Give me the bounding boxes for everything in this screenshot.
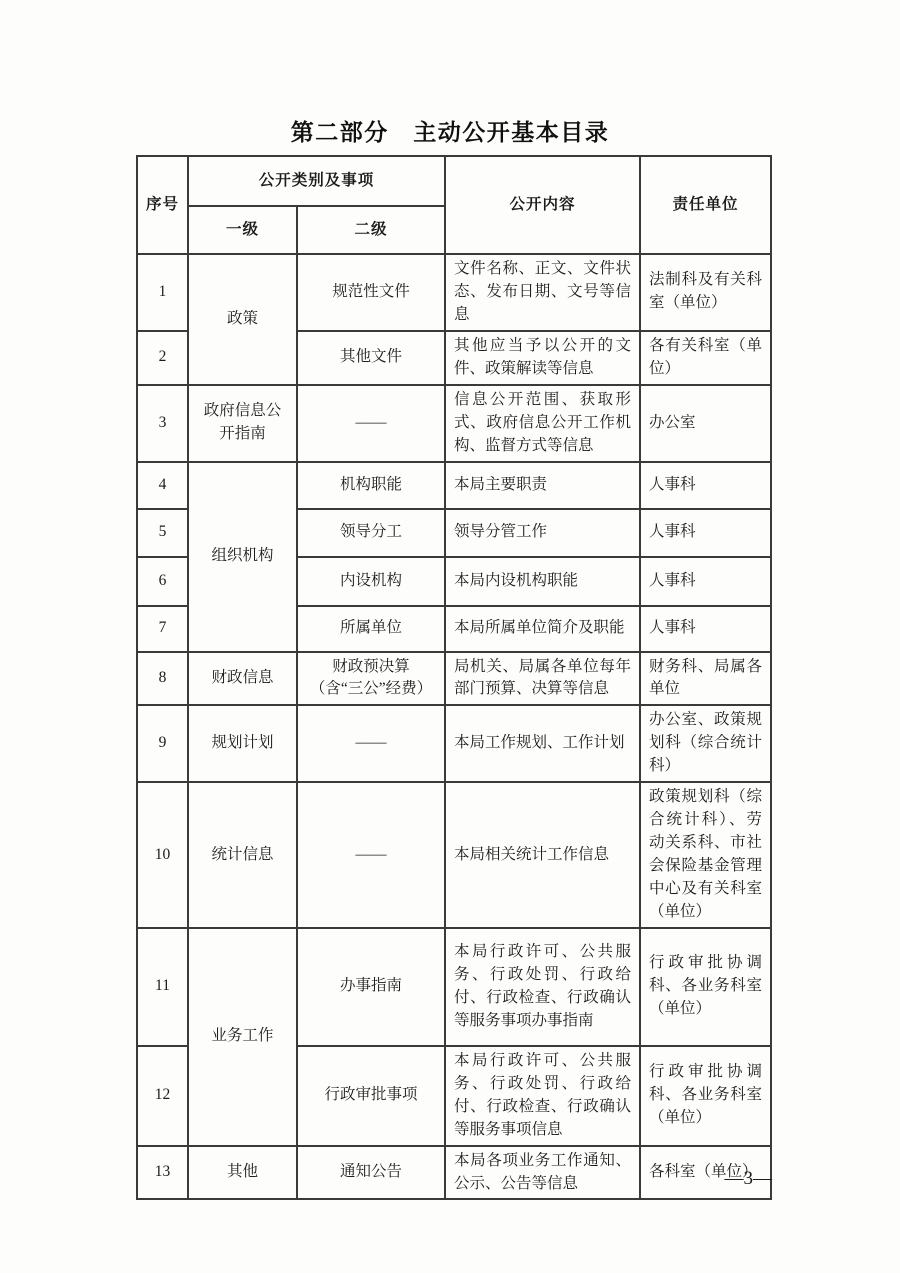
table-row: 3 政府信息公开指南 —— 信息公开范围、获取形式、政府信息公开工作机构、监督方… bbox=[137, 385, 771, 462]
header-level1: 一级 bbox=[188, 206, 297, 254]
cell-level1: 财政信息 bbox=[188, 652, 297, 706]
cell-level1: 政府信息公开指南 bbox=[188, 385, 297, 462]
table-row: 8 财政信息 财政预决算（含“三公”经费） 局机关、局属各单位每年部门预算、决算… bbox=[137, 652, 771, 706]
cell-serial: 6 bbox=[137, 557, 188, 606]
disclosure-catalog-table: 序号 公开类别及事项 公开内容 责任单位 一级 二级 1 政策 规范性文件 文件… bbox=[136, 155, 772, 1200]
cell-content: 本局工作规划、工作计划 bbox=[445, 705, 640, 782]
cell-content: 本局各项业务工作通知、公示、公告等信息 bbox=[445, 1146, 640, 1200]
cell-level2: 办事指南 bbox=[297, 928, 445, 1046]
cell-serial: 4 bbox=[137, 462, 188, 509]
cell-level2: —— bbox=[297, 705, 445, 782]
cell-content: 本局内设机构职能 bbox=[445, 557, 640, 606]
cell-serial: 8 bbox=[137, 652, 188, 706]
table-row: 4 组织机构 机构职能 本局主要职责 人事科 bbox=[137, 462, 771, 509]
cell-level2: 财政预决算（含“三公”经费） bbox=[297, 652, 445, 706]
table-header-row-1: 序号 公开类别及事项 公开内容 责任单位 bbox=[137, 156, 771, 206]
cell-content: 本局行政许可、公共服务、行政处罚、行政给付、行政检查、行政确认等服务事项办事指南 bbox=[445, 928, 640, 1046]
cell-serial: 1 bbox=[137, 254, 188, 331]
header-level2: 二级 bbox=[297, 206, 445, 254]
cell-unit: 人事科 bbox=[640, 606, 771, 652]
header-serial: 序号 bbox=[137, 156, 188, 254]
header-content: 公开内容 bbox=[445, 156, 640, 254]
cell-level1: 其他 bbox=[188, 1146, 297, 1200]
cell-unit: 政策规划科（综合统计科）、劳动关系科、市社会保险基金管理中心及有关科室（单位） bbox=[640, 782, 771, 928]
table-row: 10 统计信息 —— 本局相关统计工作信息 政策规划科（综合统计科）、劳动关系科… bbox=[137, 782, 771, 928]
cell-content: 本局相关统计工作信息 bbox=[445, 782, 640, 928]
cell-unit: 办公室、政策规划科（综合统计科） bbox=[640, 705, 771, 782]
cell-level1: 规划计划 bbox=[188, 705, 297, 782]
cell-level2: —— bbox=[297, 385, 445, 462]
cell-unit: 法制科及有关科室（单位） bbox=[640, 254, 771, 331]
cell-level2: 内设机构 bbox=[297, 557, 445, 606]
cell-serial: 3 bbox=[137, 385, 188, 462]
cell-level2: 通知公告 bbox=[297, 1146, 445, 1200]
cell-content: 领导分管工作 bbox=[445, 509, 640, 557]
cell-content: 本局所属单位简介及职能 bbox=[445, 606, 640, 652]
cell-serial: 7 bbox=[137, 606, 188, 652]
cell-unit: 人事科 bbox=[640, 509, 771, 557]
cell-level2: 行政审批事项 bbox=[297, 1046, 445, 1146]
page-number: —3— bbox=[725, 1168, 773, 1190]
cell-serial: 9 bbox=[137, 705, 188, 782]
cell-content: 信息公开范围、获取形式、政府信息公开工作机构、监督方式等信息 bbox=[445, 385, 640, 462]
cell-level2: 领导分工 bbox=[297, 509, 445, 557]
cell-level2: 其他文件 bbox=[297, 331, 445, 385]
cell-unit: 各有关科室（单位） bbox=[640, 331, 771, 385]
cell-serial: 12 bbox=[137, 1046, 188, 1146]
cell-level1: 业务工作 bbox=[188, 928, 297, 1146]
cell-unit: 行政审批协调科、各业务科室（单位） bbox=[640, 928, 771, 1046]
table-row: 11 业务工作 办事指南 本局行政许可、公共服务、行政处罚、行政给付、行政检查、… bbox=[137, 928, 771, 1046]
header-unit: 责任单位 bbox=[640, 156, 771, 254]
cell-content: 其他应当予以公开的文件、政策解读等信息 bbox=[445, 331, 640, 385]
cell-content: 文件名称、正文、文件状态、发布日期、文号等信息 bbox=[445, 254, 640, 331]
cell-serial: 13 bbox=[137, 1146, 188, 1200]
cell-content: 本局行政许可、公共服务、行政处罚、行政给付、行政检查、行政确认等服务事项信息 bbox=[445, 1046, 640, 1146]
table-row: 1 政策 规范性文件 文件名称、正文、文件状态、发布日期、文号等信息 法制科及有… bbox=[137, 254, 771, 331]
table-row: 13 其他 通知公告 本局各项业务工作通知、公示、公告等信息 各科室（单位） bbox=[137, 1146, 771, 1200]
page-title: 第二部分 主动公开基本目录 bbox=[0, 114, 900, 147]
cell-unit: 财务科、局属各单位 bbox=[640, 652, 771, 706]
cell-level1: 统计信息 bbox=[188, 782, 297, 928]
cell-serial: 11 bbox=[137, 928, 188, 1046]
cell-level1: 政策 bbox=[188, 254, 297, 385]
cell-level2: 机构职能 bbox=[297, 462, 445, 509]
table-row: 9 规划计划 —— 本局工作规划、工作计划 办公室、政策规划科（综合统计科） bbox=[137, 705, 771, 782]
cell-serial: 10 bbox=[137, 782, 188, 928]
cell-content: 局机关、局属各单位每年部门预算、决算等信息 bbox=[445, 652, 640, 706]
cell-level1: 组织机构 bbox=[188, 462, 297, 652]
cell-serial: 2 bbox=[137, 331, 188, 385]
cell-unit: 行政审批协调科、各业务科室（单位） bbox=[640, 1046, 771, 1146]
cell-level2: 所属单位 bbox=[297, 606, 445, 652]
cell-content: 本局主要职责 bbox=[445, 462, 640, 509]
cell-unit: 办公室 bbox=[640, 385, 771, 462]
cell-unit: 人事科 bbox=[640, 462, 771, 509]
header-category: 公开类别及事项 bbox=[188, 156, 445, 206]
cell-level2: —— bbox=[297, 782, 445, 928]
cell-serial: 5 bbox=[137, 509, 188, 557]
cell-unit: 人事科 bbox=[640, 557, 771, 606]
cell-level2: 规范性文件 bbox=[297, 254, 445, 331]
